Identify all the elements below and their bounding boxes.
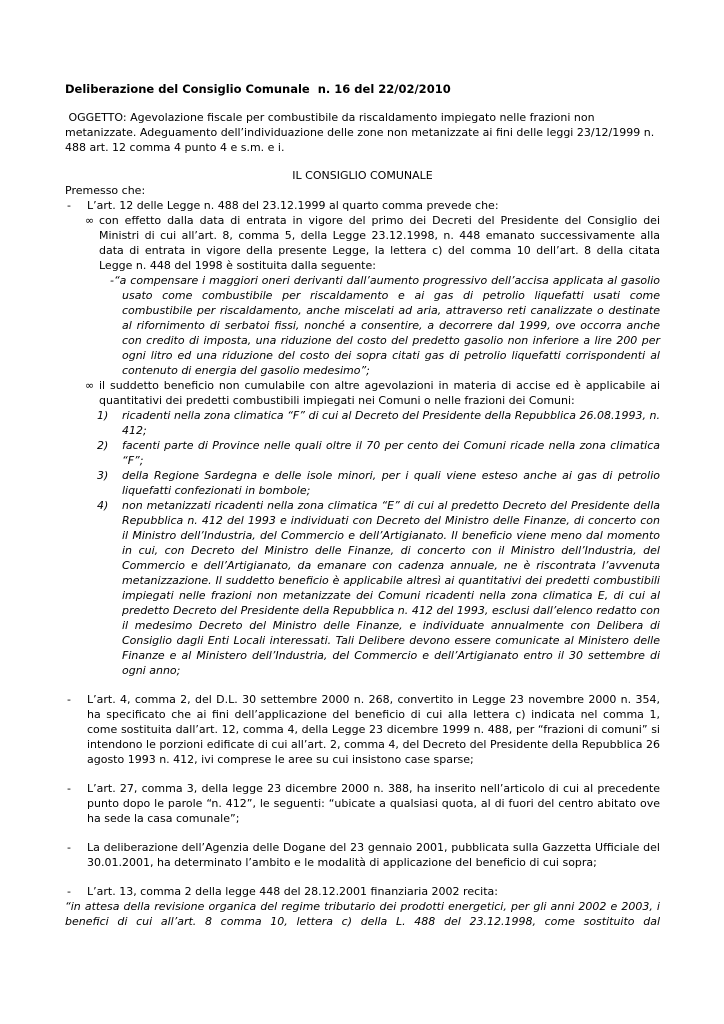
dash-marker: - (67, 840, 71, 855)
premise-item: -L’art. 4, comma 2, del D.L. 30 settembr… (65, 692, 660, 767)
infinity-bullet: ∞ (85, 213, 94, 228)
council-heading: IL CONSIGLIO COMUNALE (65, 168, 660, 183)
subject-paragraph: OGGETTO: Agevolazione fiscale per combus… (65, 110, 660, 155)
dash-marker: - (67, 884, 71, 899)
dash-marker: - (67, 692, 71, 707)
number-marker: 1) (97, 408, 108, 423)
paragraph-text: “in attesa della revisione organica del … (65, 900, 660, 928)
premise-item: -L’art. 13, comma 2 della legge 448 del … (65, 884, 660, 899)
document-viewer: { "document": { "title": "Deliberazione … (0, 0, 724, 1024)
paragraph-text: L’art. 27, comma 3, della legge 23 dicem… (87, 782, 660, 825)
document-page: Deliberazione del Consiglio Comunale n. … (0, 0, 724, 1024)
dash-marker: - (67, 781, 71, 796)
number-marker: 3) (97, 468, 108, 483)
sub-item: ∞il suddetto beneficio non cumulabile co… (65, 378, 660, 408)
document-body: -L’art. 12 delle Legge n. 488 del 23.12.… (65, 198, 660, 929)
document-content: Deliberazione del Consiglio Comunale n. … (65, 82, 660, 929)
paragraph-text: non metanizzati ricadenti nella zona cli… (122, 499, 660, 677)
paragraph-text: facenti parte di Province nelle quali ol… (122, 439, 660, 467)
paragraph-text: L’art. 4, comma 2, del D.L. 30 settembre… (87, 693, 660, 766)
paragraph-text: con effetto dalla data di entrata in vig… (99, 214, 660, 272)
paragraph-text: L’art. 13, comma 2 della legge 448 del 2… (87, 885, 498, 898)
numbered-item: 1)ricadenti nella zona climatica “F” di … (65, 408, 660, 438)
premise-item: -La deliberazione dell’Agenzia delle Dog… (65, 840, 660, 870)
premise-item: -L’art. 12 delle Legge n. 488 del 23.12.… (65, 198, 660, 213)
paragraph-text: L’art. 12 delle Legge n. 488 del 23.12.1… (87, 199, 499, 212)
numbered-item: 2)facenti parte di Province nelle quali … (65, 438, 660, 468)
number-marker: 2) (97, 438, 108, 453)
closing-italic-paragraph: “in attesa della revisione organica del … (65, 899, 660, 929)
dash-marker: - (67, 198, 71, 213)
paragraph-text: La deliberazione dell’Agenzia delle Doga… (87, 841, 660, 869)
document-title: Deliberazione del Consiglio Comunale n. … (65, 82, 660, 97)
premise-label: Premesso che: (65, 183, 660, 198)
numbered-item: 3)della Regione Sardegna e delle isole m… (65, 468, 660, 498)
paragraph-text: della Regione Sardegna e delle isole min… (122, 469, 660, 497)
paragraph-text: ricadenti nella zona climatica “F” di cu… (122, 409, 660, 437)
paragraph-text: il suddetto beneficio non cumulabile con… (99, 379, 660, 407)
numbered-item: 4)non metanizzati ricadenti nella zona c… (65, 498, 660, 678)
infinity-bullet: ∞ (85, 378, 94, 393)
paragraph-text: -“a compensare i maggiori oneri derivant… (110, 274, 660, 377)
number-marker: 4) (97, 498, 108, 513)
quoted-law-text: -“a compensare i maggiori oneri derivant… (65, 273, 660, 378)
premise-item: -L’art. 27, comma 3, della legge 23 dice… (65, 781, 660, 826)
sub-item: ∞con effetto dalla data di entrata in vi… (65, 213, 660, 273)
